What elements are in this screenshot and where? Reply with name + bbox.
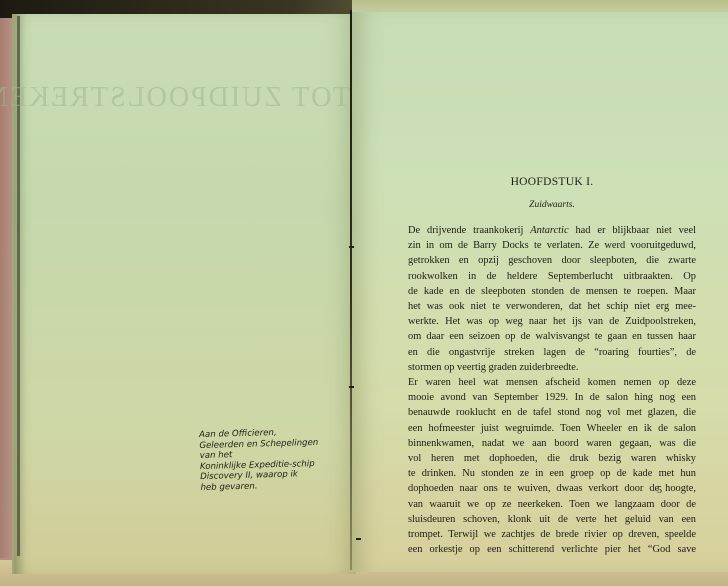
text-line: de kade en de sleepboten stonden de mens… [408,284,696,299]
book-spine-gutter [350,10,352,570]
text-line: stormen op veertig graden zuiderbreedte. [408,360,696,375]
text-line: mooie avond van September 1929. In de sa… [408,390,696,405]
text-line: het was ook niet te verwonderen, dat het… [408,299,696,314]
text-line: sluisdeuren schoven, klonk uit de verte … [408,512,696,527]
page-number: 5 [657,485,662,496]
spine-stitch-mark [349,246,354,248]
ship-name: Antarctic [530,225,568,236]
text-line: getrokken en opzij geschoven door sleepb… [408,253,696,268]
text-line: om daar een seizoen op de walvisvangst t… [408,329,696,344]
text-line: trompet. Terwijl we zachtjes de brede ri… [408,527,696,542]
dedication: Aan de Officieren, Geleerden en Schepeli… [199,427,331,494]
text-line: vol heren met dophoeden, die druk bezig … [408,451,696,466]
show-through-title: TOT ZUIDPOOLSTREKEN [60,82,350,114]
text-line: zin in om de Barry Docks te verlaten. Ze… [408,238,696,253]
text-line: Er waren heel wat mensen afscheid komen … [408,375,696,390]
text-line: benauwde rooklucht en de tafel stond nog… [408,405,696,420]
text-line: De drijvende traankokerij Antarctic had … [408,223,696,238]
spine-stitch-mark [349,386,354,388]
text-line: een hofmeester juist wegruimde. Toen Whe… [408,421,696,436]
text-line: rookwolken in de heldere Septemberlucht … [408,269,696,284]
text-line: een orkestje op een schitterend verlicht… [408,542,696,557]
chapter-body-text: De drijvende traankokerij Antarctic had … [408,223,696,557]
chapter-subtitle: Zuidwaarts. [482,200,622,210]
text-line: werkte. Het was op weg naar het ijs van … [408,314,696,329]
text-line: te drinken. Nu stonden ze in een groep o… [408,466,696,481]
text-line: en die ongastvrije streken lagen de “roa… [408,345,696,360]
chapter-heading: HOOFDSTUK I. [482,176,622,188]
text-line: van waaruit we op ze neerkeken. Toen we … [408,497,696,512]
text-line: binnenkwamen, nadat we aan boord waren g… [408,436,696,451]
text-line: dophoeden naar ons te wuiven, dwaas verk… [408,481,696,496]
spine-stitch-mark [356,538,361,540]
